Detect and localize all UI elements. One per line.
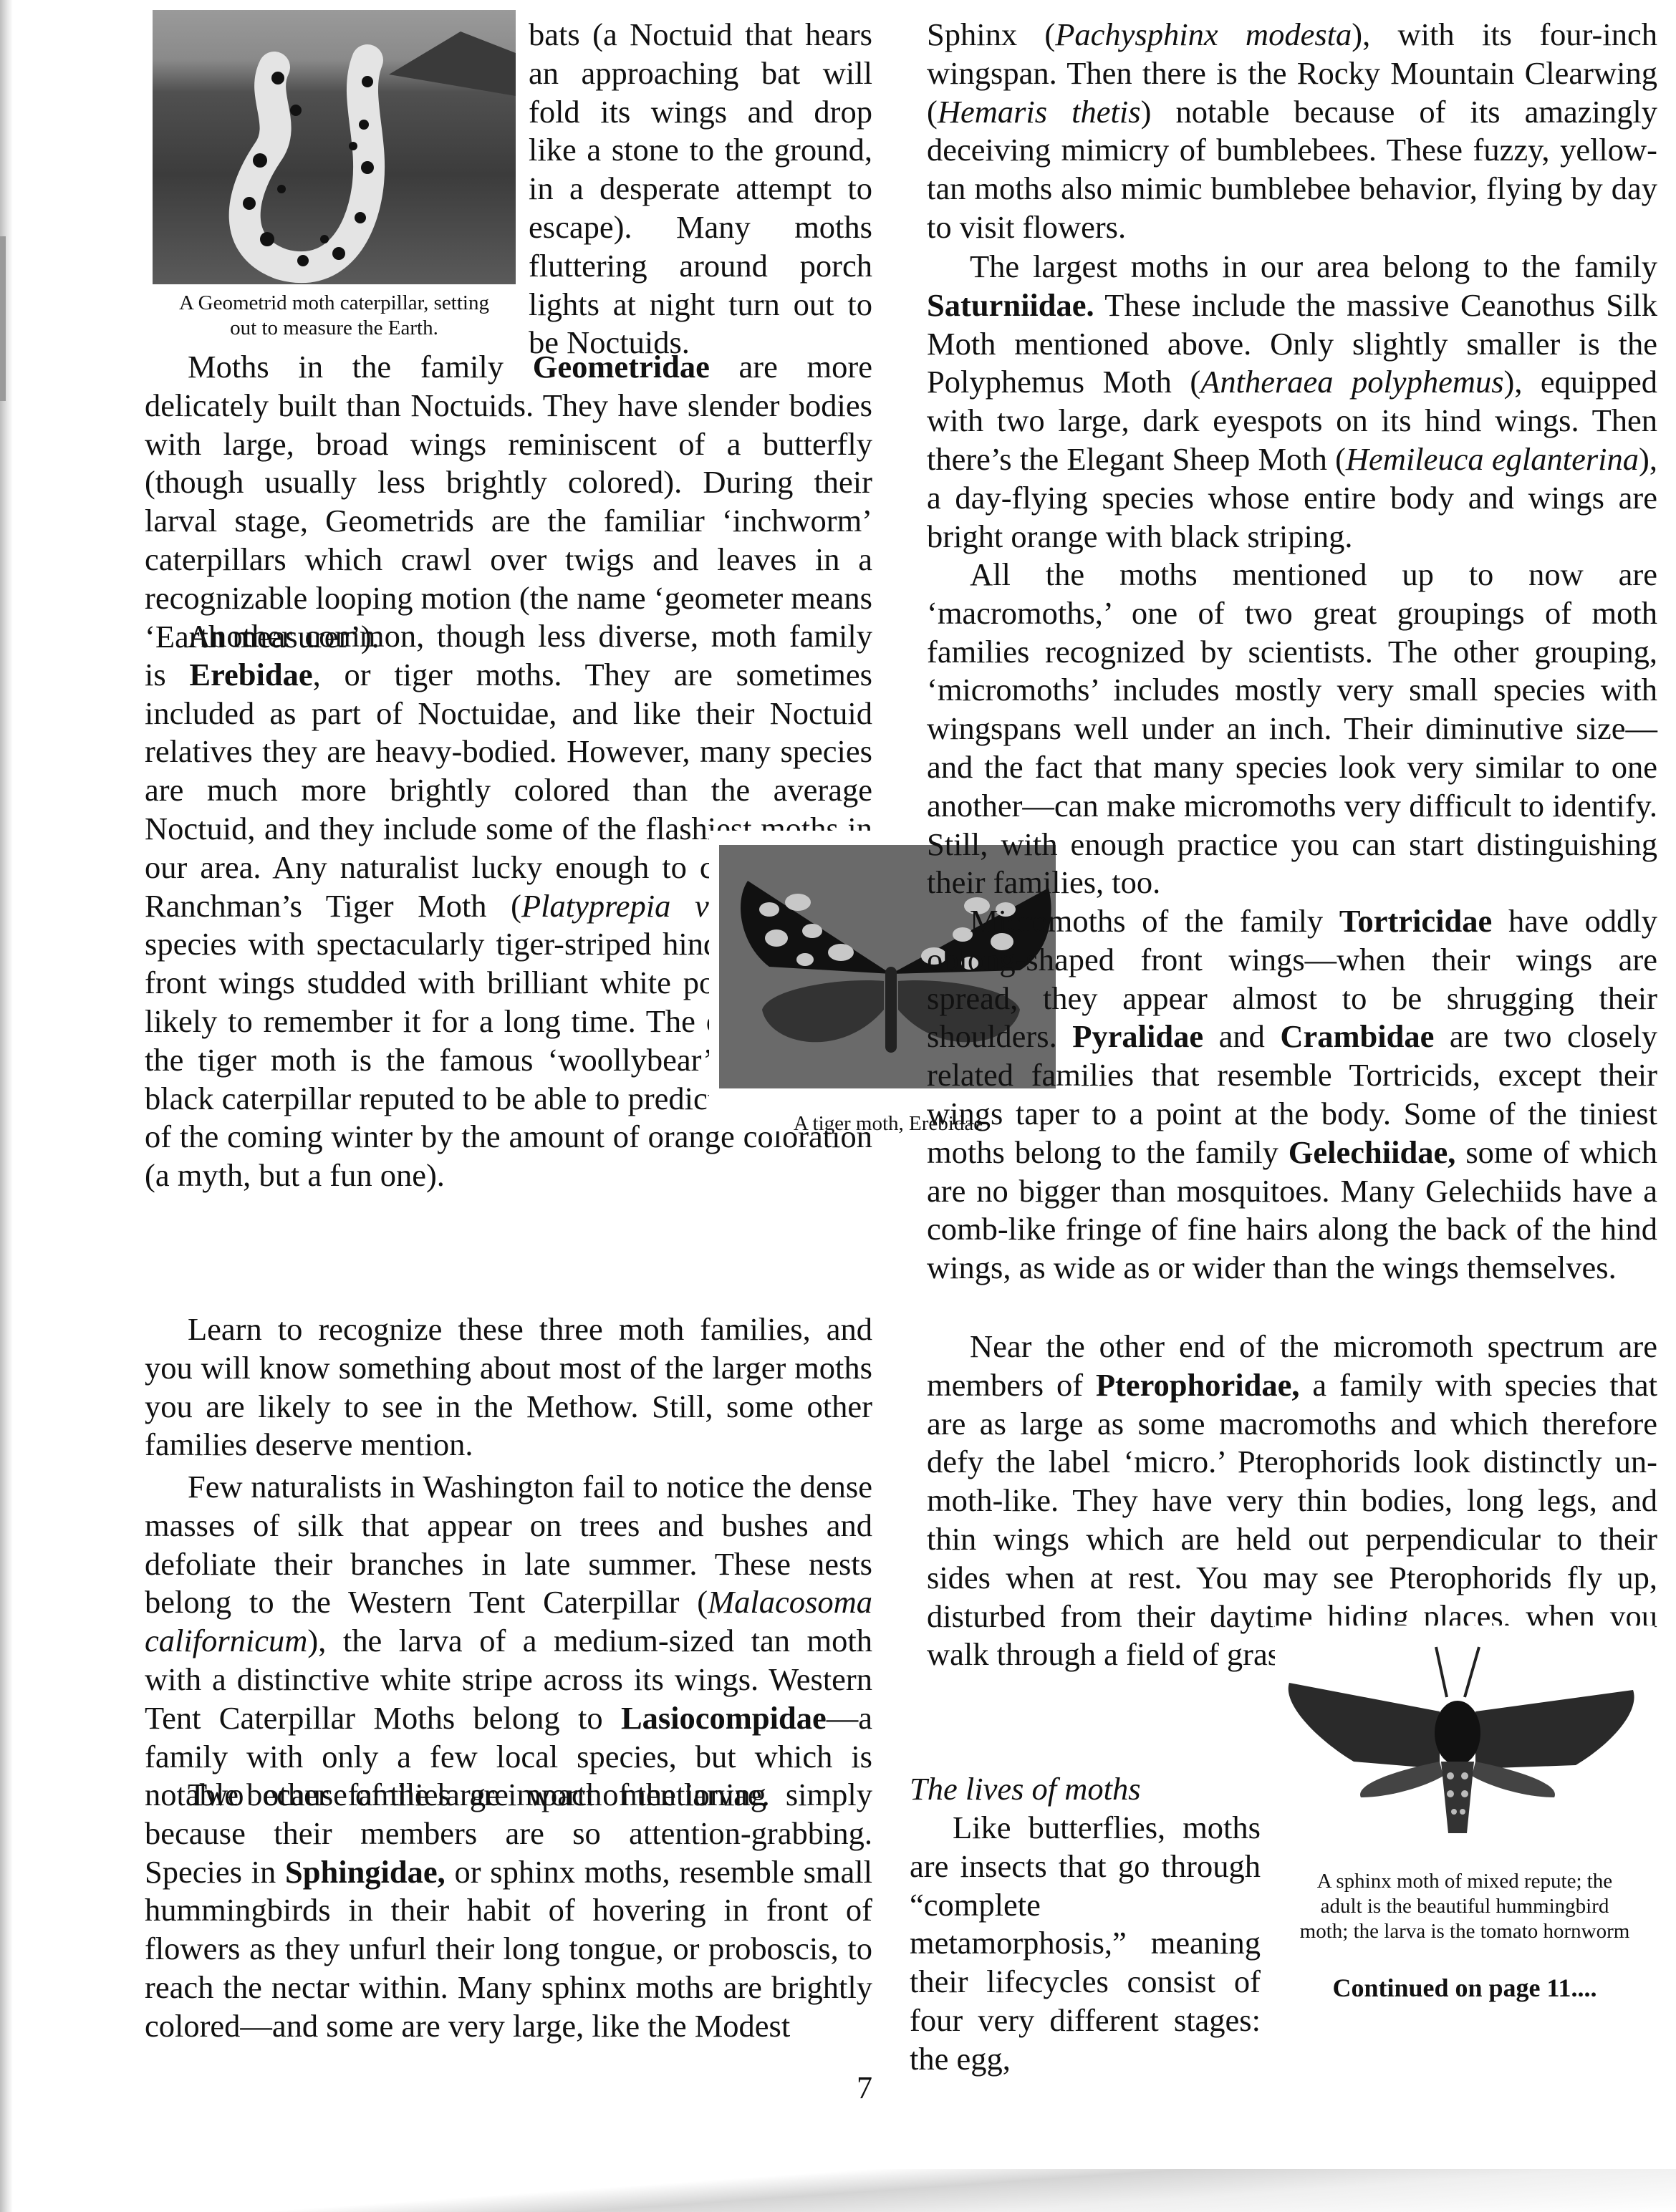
term-sphingidae: Sphingidae,: [285, 1854, 446, 1890]
term-crambidae: Crambidae: [1280, 1018, 1434, 1054]
sphinx-moth-photo: [1275, 1626, 1655, 1840]
sphinx-moth-icon: [1275, 1626, 1655, 1840]
term-pterophoridae: Pterophoridae,: [1096, 1367, 1300, 1403]
figure-caterpillar: A Geometrid moth caterpillar, setting ou…: [153, 10, 516, 347]
term-erebidae: Erebidae: [189, 657, 312, 692]
sphinx-moth-caption: A sphinx moth of mixed repute; the adult…: [1275, 1869, 1655, 1944]
paragraph-bats: bats (a Noctuid that hears an approachin…: [529, 16, 872, 362]
species-pachysphinx: Pachysphinx modesta: [1055, 16, 1352, 52]
paragraph-lives: Like butterflies, moths are insects that…: [910, 1809, 1261, 2079]
paragraph-learn: Learn to recognize these three moth fami…: [145, 1310, 872, 1464]
paragraph-tent-caterpillar: Few naturalists in Washington fail to no…: [145, 1468, 872, 1815]
paragraph-sphinx-continued: Sphinx (Pachysphinx modesta), with its f…: [927, 16, 1657, 247]
page-number: 7: [857, 2069, 872, 2106]
species-hemaris: Hemaris thetis: [938, 94, 1141, 130]
term-lasiocompidae: Lasiocompidae: [621, 1700, 827, 1736]
figure-sphinx-moth: A sphinx moth of mixed repute; the adult…: [1275, 1626, 1676, 2012]
continued-note: Continued on page 11....: [1275, 1973, 1655, 2003]
term-pyralidae: Pyralidae: [1072, 1018, 1203, 1054]
paragraph-saturniidae: The largest moths in our area belong to …: [927, 248, 1657, 556]
species-antheraea: Antheraea polyphemus: [1200, 364, 1503, 400]
scan-left-edge: [0, 0, 13, 2212]
paragraph-macromoths: All the moths mentioned up to now are ‘m…: [927, 556, 1657, 902]
subheading-lives-of-moths: The lives of moths: [910, 1770, 1268, 1809]
paragraph-pterophoridae: Near the other end of the micromoth spec…: [927, 1328, 1657, 1674]
term-geometridae: Geometridae: [533, 349, 710, 385]
term-tortricidae: Tortricidae: [1339, 903, 1492, 939]
caterpillar-caption: A Geometrid moth caterpillar, setting ou…: [153, 291, 516, 341]
caterpillar-icon: [153, 10, 516, 284]
caterpillar-photo: [153, 10, 516, 284]
paragraph-sphingidae: Two other families are worth mentioning …: [145, 1776, 872, 2046]
paragraph-tortricidae: Micromoths of the family Tortricidae hav…: [927, 902, 1657, 1288]
scan-bottom-edge: [0, 2169, 1676, 2212]
term-gelechiidae: Gelechiidae,: [1289, 1134, 1456, 1170]
paragraph-geometridae: Moths in the family Geometridae are more…: [145, 348, 872, 656]
term-saturniidae: Saturniidae.: [927, 287, 1094, 323]
species-hemileuca: Hemileuca eglanterina: [1346, 441, 1639, 477]
